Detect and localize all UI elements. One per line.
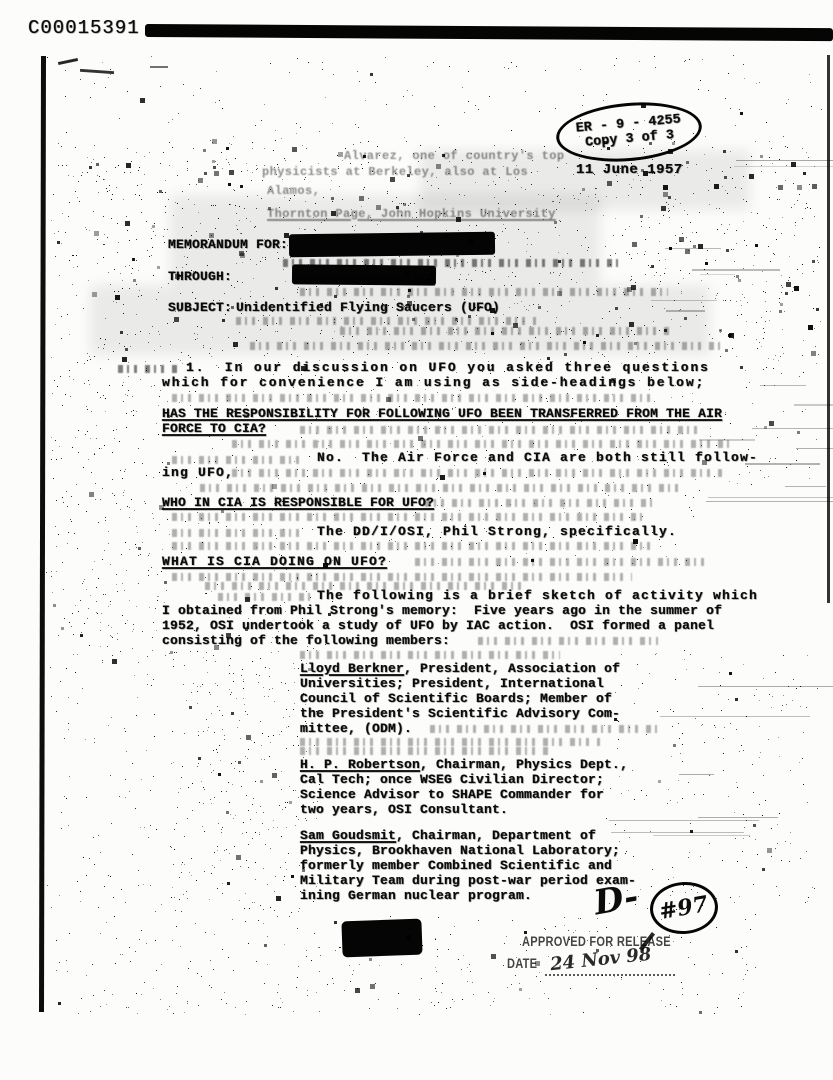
noise-dots xyxy=(600,650,601,651)
scan-streak xyxy=(708,497,833,498)
scan-streak xyxy=(653,835,750,836)
smudge-line xyxy=(232,469,722,477)
answer-1-line-2: ing UFO, xyxy=(162,465,234,480)
question-1-line-1: HAS THE RESPONSIBILITY FOR FOLLOWING UFO… xyxy=(162,406,722,421)
through-label: THROUGH: xyxy=(168,269,232,284)
memo-for-label: MEMORANDUM FOR: xyxy=(168,237,288,252)
smudge-line xyxy=(232,440,732,448)
sketch-line-2: I obtained from Phil Strong's memory: Fi… xyxy=(162,603,722,618)
top-redaction-bar xyxy=(145,24,833,41)
panel-member-1-title: , President, Association of xyxy=(404,661,620,676)
scan-streak xyxy=(698,817,778,818)
scan-streak xyxy=(58,58,78,65)
smudge-line xyxy=(250,342,720,350)
smudge-line xyxy=(300,288,668,296)
scan-streak xyxy=(660,716,810,717)
smudge-line xyxy=(300,738,600,746)
number-stamp-value: #97 xyxy=(658,891,711,925)
smudge-line xyxy=(172,394,652,402)
scan-streak xyxy=(700,274,735,275)
panel-member-2-line-4: two years, OSI Consultant. xyxy=(300,802,508,817)
panel-member-3-title: , Chairman, Department of xyxy=(396,828,596,843)
scan-streak xyxy=(150,66,168,68)
ghost-note-alvarez: Alvarez, one of country's top xyxy=(344,149,564,163)
panel-member-1-line-4: the President's Scientific Advisory Com- xyxy=(300,706,620,721)
number-stamp-circle: #97 xyxy=(648,880,719,937)
smudge-line xyxy=(300,747,550,755)
scan-streak xyxy=(611,832,744,833)
noise-dots xyxy=(170,648,171,649)
smudge-line xyxy=(478,637,658,645)
scan-streak xyxy=(651,300,718,301)
scan-streak xyxy=(698,686,833,687)
smudge-line xyxy=(200,484,680,492)
panel-member-1-line-3: Council of Scientific Boards; Member of xyxy=(300,691,612,706)
intro-line-2: which for convenience I am using as side… xyxy=(162,375,705,390)
answer-2: The DD/I/OSI, Phil Strong, specifically. xyxy=(317,524,677,539)
noise-dots xyxy=(340,485,341,486)
noise-dots xyxy=(50,140,51,141)
release-date-label: DATE xyxy=(507,956,537,971)
bottom-redaction-blob xyxy=(341,919,422,958)
scan-streak xyxy=(785,486,825,487)
panel-member-2-name: H. P. Robertson xyxy=(300,757,420,772)
smudge-line xyxy=(172,529,302,537)
document-id: C00015391 xyxy=(28,17,140,39)
date-dotted-line xyxy=(545,974,675,976)
question-3: WHAT IS CIA DOING ON UFO? xyxy=(162,554,387,569)
scan-streak xyxy=(80,69,114,74)
smudge-line xyxy=(300,651,560,659)
panel-member-3-line-1: Sam Goudsmit, Chairman, Department of xyxy=(300,828,596,843)
panel-member-3-line-4: Military Team during post-war period exa… xyxy=(300,873,636,888)
scan-streak xyxy=(794,404,833,406)
scan-streak xyxy=(752,428,833,429)
er-number-stamp: ER - 9 - 4255 Copy 3 of 3 xyxy=(554,97,704,168)
scan-streak xyxy=(666,310,705,312)
panel-member-3-line-5: ining German nuclear program. xyxy=(300,888,532,903)
question-1-line-2: FORCE TO CIA? xyxy=(162,421,266,436)
panel-member-3-line-2: Physics, Brookhaven National Laboratory; xyxy=(300,843,620,858)
smudge-line xyxy=(172,456,307,464)
smudge-line xyxy=(218,593,310,601)
sketch-line-4: consisting of the following members: xyxy=(162,633,450,648)
subject-label: SUBJECT: xyxy=(168,300,232,315)
sketch-line-3: 1952, OSI undertook a study of UFO by IA… xyxy=(162,618,714,633)
memo-for-redaction xyxy=(289,232,495,258)
right-edge-line xyxy=(827,55,830,603)
noise-dots xyxy=(50,360,51,361)
noise-dots xyxy=(46,360,47,361)
ghost-note-page: Thornton Page, John Hopkins University xyxy=(267,207,556,221)
panel-member-2-title: , Chairman, Physics Dept., xyxy=(420,757,628,772)
smudge-line xyxy=(425,499,655,507)
panel-member-2-line-1: H. P. Robertson, Chairman, Physics Dept.… xyxy=(300,757,628,772)
sketch-line-1: The following is a brief sketch of activ… xyxy=(317,588,758,603)
smudge-line xyxy=(430,725,660,733)
panel-member-3-line-3: formerly member Combined Scientific and xyxy=(300,858,612,873)
smudge-line xyxy=(172,542,652,550)
scan-streak xyxy=(796,448,833,449)
panel-member-1-line-1: Lloyd Berkner, President, Association of xyxy=(300,661,620,676)
scanned-document-page: C00015391 ER - 9 - 4255 Copy 3 of 3 11 J… xyxy=(0,0,833,1080)
smudge-line xyxy=(340,327,670,335)
panel-member-3-name: Sam Goudsmit xyxy=(300,828,396,843)
smudge-line xyxy=(300,426,700,434)
scan-streak xyxy=(736,160,833,161)
through-redaction xyxy=(292,264,436,285)
left-margin-line xyxy=(39,56,46,1012)
smudge-line xyxy=(118,365,180,373)
scan-smear xyxy=(90,285,710,355)
scan-streak xyxy=(760,385,806,386)
smudge-line xyxy=(236,317,536,325)
answer-1-line-1: No. The Air Force and CIA are both still… xyxy=(317,450,758,465)
smudge-line xyxy=(415,558,705,566)
question-2: WHO IN CIA IS RESPONSIBLE FOR UFO? xyxy=(162,495,434,510)
intro-line-1: 1. In our discussion on UFO you asked th… xyxy=(186,360,710,375)
handwritten-d-mark: D- xyxy=(591,876,642,923)
scan-streak xyxy=(692,269,780,271)
ghost-note-berkeley: physicists at Berkeley, also at Los xyxy=(262,165,528,179)
noise-dots xyxy=(55,915,56,916)
panel-member-1-name: Lloyd Berkner xyxy=(300,661,404,676)
scan-streak xyxy=(609,820,760,821)
smudge-line xyxy=(172,513,642,521)
noise-dots xyxy=(46,55,47,56)
document-date: 11 June 1957 xyxy=(576,162,683,178)
ghost-note-alamos: Alamos, xyxy=(267,184,320,198)
panel-member-1-line-5: mittee, (ODM). xyxy=(300,721,412,736)
scan-streak xyxy=(706,501,833,502)
scan-streak xyxy=(679,774,715,775)
panel-member-1-line-2: Universities; President, International xyxy=(300,676,604,691)
scan-streak xyxy=(734,166,833,167)
scan-streak xyxy=(665,248,720,249)
smudge-line xyxy=(172,573,632,581)
subject-value: Unidentified Flying Saucers (UFO) xyxy=(236,300,500,315)
panel-member-2-line-3: Science Advisor to SHAPE Commander for xyxy=(300,787,604,802)
panel-member-2-line-2: Cal Tech; once WSEG Civilian Director; xyxy=(300,772,604,787)
scan-streak xyxy=(699,439,755,441)
